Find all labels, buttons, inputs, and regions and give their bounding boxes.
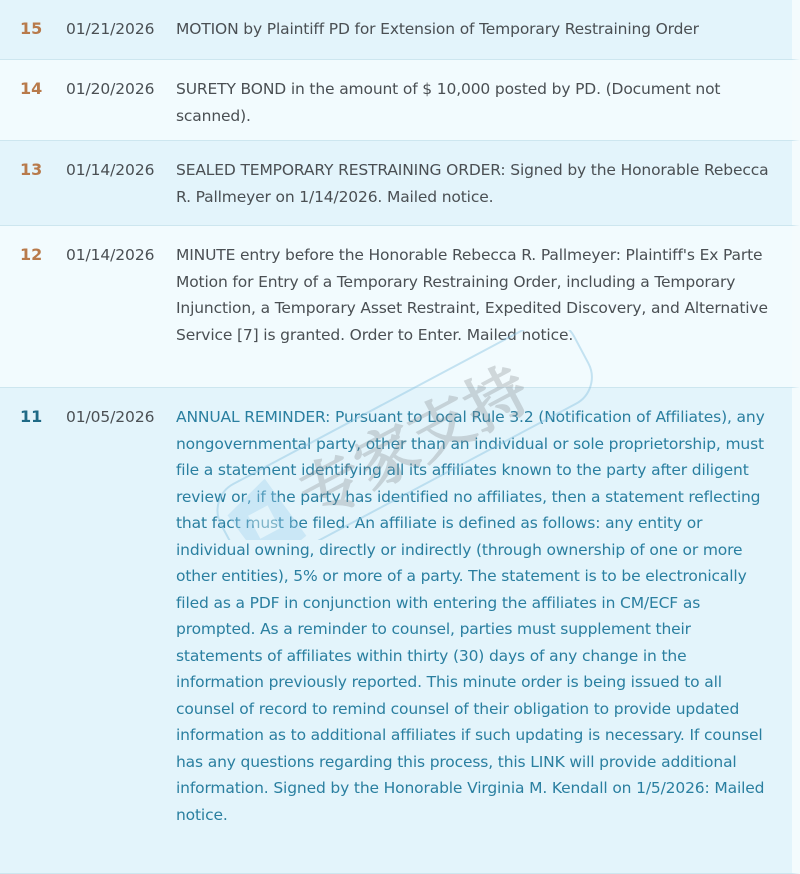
entry-number[interactable]: 12 — [0, 242, 66, 269]
docket-entry-14: 14 01/20/2026 SURETY BOND in the amount … — [0, 60, 800, 141]
entry-number[interactable]: 14 — [0, 76, 66, 103]
entry-text: MOTION by Plaintiff PD for Extension of … — [176, 16, 792, 43]
entry-date: 01/20/2026 — [66, 76, 176, 103]
entry-date: 01/05/2026 — [66, 404, 176, 431]
entry-number[interactable]: 11 — [0, 404, 66, 431]
docket-entry-13: 13 01/14/2026 SEALED TEMPORARY RESTRAINI… — [0, 141, 800, 226]
docket-entry-12: 12 01/14/2026 MINUTE entry before the Ho… — [0, 226, 800, 388]
entry-text: ANNUAL REMINDER: Pursuant to Local Rule … — [176, 404, 792, 828]
entry-date: 01/21/2026 — [66, 16, 176, 43]
entry-text: MINUTE entry before the Honorable Rebecc… — [176, 242, 792, 348]
entry-number[interactable]: 15 — [0, 16, 66, 43]
entry-date: 01/14/2026 — [66, 242, 176, 269]
entry-text: SEALED TEMPORARY RESTRAINING ORDER: Sign… — [176, 157, 792, 210]
docket-entry-11: 11 01/05/2026 ANNUAL REMINDER: Pursuant … — [0, 388, 800, 874]
entry-text: SURETY BOND in the amount of $ 10,000 po… — [176, 76, 792, 129]
entry-number[interactable]: 13 — [0, 157, 66, 184]
docket-entry-15: 15 01/21/2026 MOTION by Plaintiff PD for… — [0, 0, 800, 60]
docket-table: 15 01/21/2026 MOTION by Plaintiff PD for… — [0, 0, 800, 874]
entry-date: 01/14/2026 — [66, 157, 176, 184]
